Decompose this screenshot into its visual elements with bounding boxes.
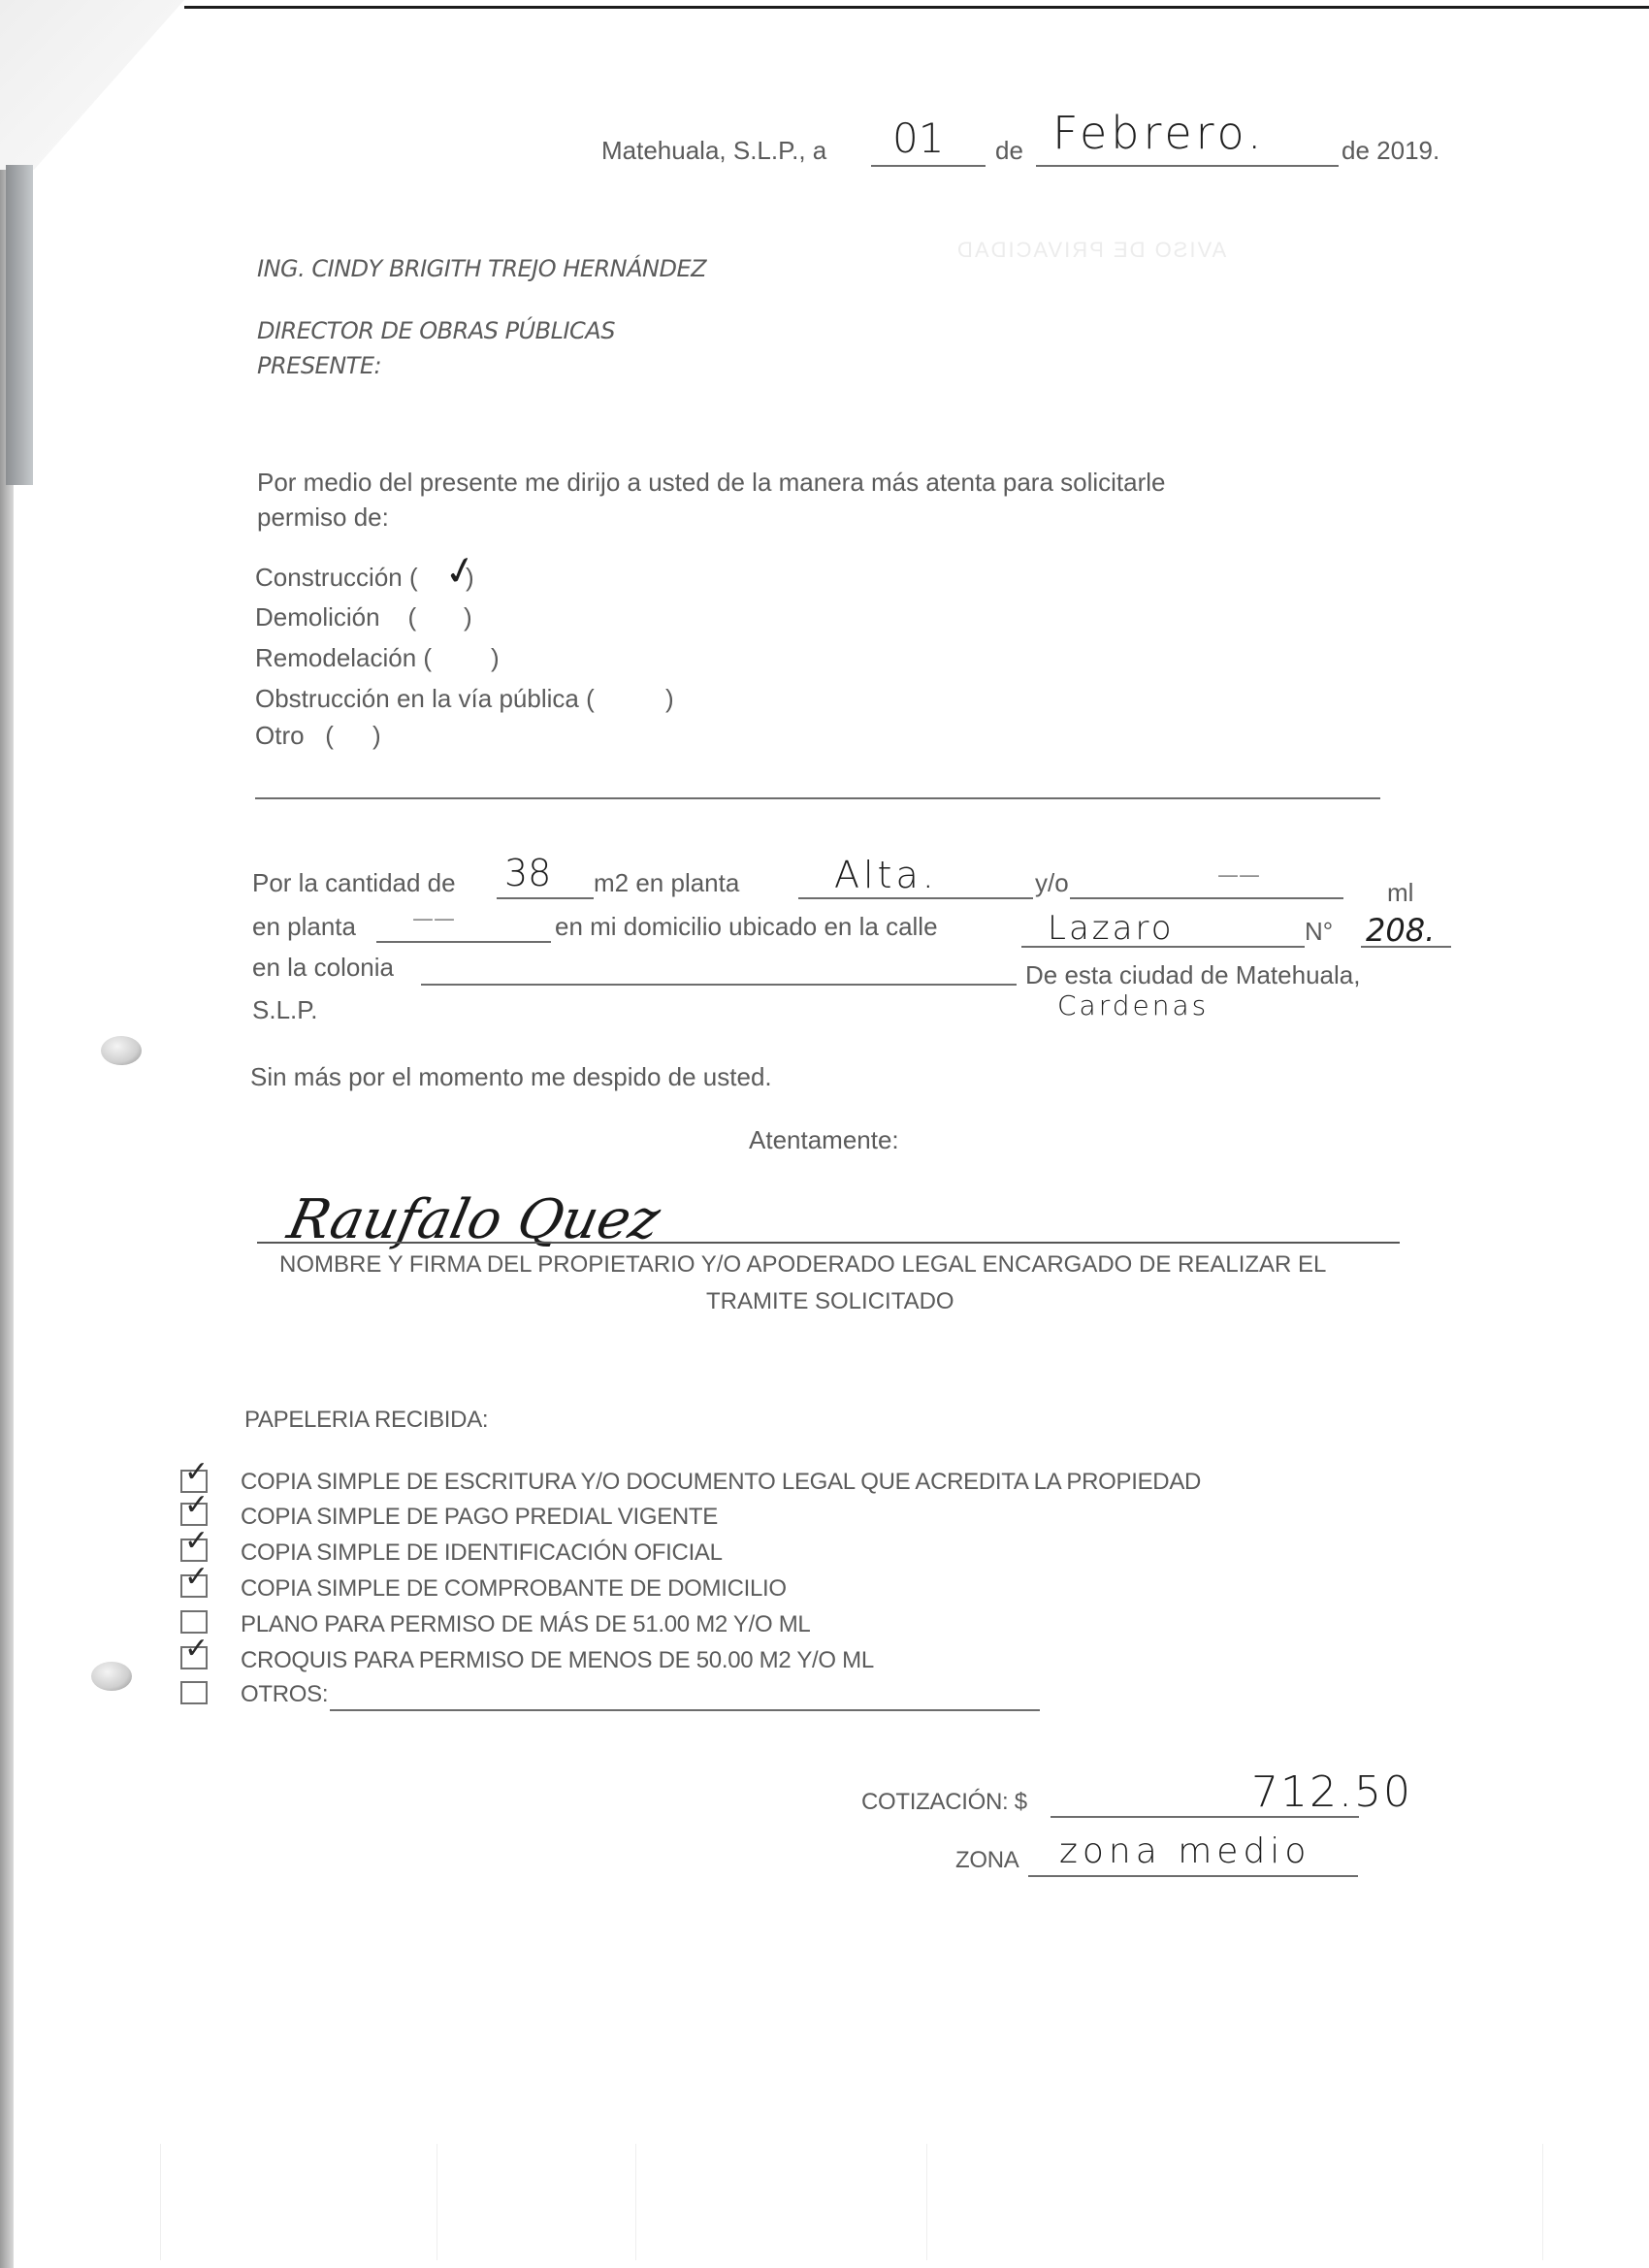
ml-label: ml bbox=[1387, 878, 1413, 908]
en-planta-field-line bbox=[376, 941, 551, 943]
otros-field-line[interactable] bbox=[330, 1709, 1040, 1711]
planta-field-line bbox=[798, 897, 1033, 899]
bleed-through-rule bbox=[436, 2144, 437, 2260]
checkbox[interactable] bbox=[180, 1610, 208, 1634]
state-label: S.L.P. bbox=[252, 995, 317, 1025]
binder-strip bbox=[6, 165, 33, 485]
ml-field-line bbox=[1070, 897, 1343, 899]
day-value[interactable]: 01 bbox=[892, 114, 944, 162]
bleed-through-title: AVISO DE PRIVACIDAD bbox=[955, 238, 1226, 263]
check-mark-icon: ✓ bbox=[184, 1527, 209, 1556]
otro-field-line[interactable] bbox=[255, 797, 1380, 799]
cotizacion-label: COTIZACIÓN: $ bbox=[861, 1789, 1027, 1816]
month-value[interactable]: Febrero. bbox=[1052, 107, 1266, 159]
city-prefix: Matehuala, S.L.P., a bbox=[601, 136, 826, 166]
number-label: N° bbox=[1305, 917, 1333, 947]
check-mark-icon: ✓ bbox=[440, 546, 481, 597]
city-label: De esta ciudad de Matehuala, bbox=[1025, 960, 1360, 990]
street-value[interactable]: Lazaro bbox=[1048, 909, 1175, 948]
check-mark-icon: ✓ bbox=[184, 1458, 209, 1487]
bleed-through-rule bbox=[1542, 2144, 1543, 2260]
check-mark-icon: ✓ bbox=[184, 1563, 209, 1592]
zona-field-line bbox=[1028, 1875, 1358, 1877]
qty-field-line bbox=[497, 897, 594, 899]
bleed-through-rule bbox=[926, 2144, 927, 2260]
addressee-presente: PRESENTE: bbox=[257, 352, 381, 379]
zona-value[interactable]: zona medio bbox=[1059, 1831, 1310, 1871]
colonia-field-line[interactable] bbox=[421, 984, 1017, 986]
colonia-label: en la colonia bbox=[252, 953, 394, 983]
de-label: de bbox=[995, 136, 1023, 166]
number-value[interactable]: 208. bbox=[1366, 912, 1435, 949]
en-planta-value[interactable]: —— bbox=[412, 907, 455, 931]
day-field-line bbox=[871, 165, 986, 167]
intro-line-1: Por medio del presente me dirijo a usted… bbox=[257, 468, 1166, 498]
zona-label: ZONA bbox=[955, 1847, 1018, 1874]
street-value-continued[interactable]: Cardenas bbox=[1057, 989, 1209, 1021]
intro-line-2: permiso de: bbox=[257, 502, 389, 533]
en-planta-label: en planta bbox=[252, 912, 356, 942]
cotizacion-value[interactable]: 712.50 bbox=[1251, 1767, 1412, 1817]
month-field-line bbox=[1036, 165, 1339, 167]
punch-hole bbox=[91, 1662, 132, 1691]
signature-caption-2: TRAMITE SOLICITADO bbox=[706, 1288, 954, 1315]
qty-label: Por la cantidad de bbox=[252, 868, 456, 898]
m2-label: m2 en planta bbox=[594, 868, 739, 898]
checkbox[interactable] bbox=[180, 1681, 208, 1704]
domicilio-label: en mi domicilio ubicado en la calle bbox=[555, 912, 938, 942]
atentamente-text: Atentamente: bbox=[749, 1125, 899, 1155]
signature-line bbox=[257, 1242, 1400, 1244]
farewell-text: Sin más por el momento me despido de ust… bbox=[250, 1062, 772, 1092]
yo-label: y/o bbox=[1035, 868, 1069, 898]
check-mark-icon: ✓ bbox=[184, 1635, 209, 1664]
ml-value[interactable]: —— bbox=[1217, 863, 1260, 888]
addressee-name: ING. CINDY BRIGITH TREJO HERNÁNDEZ bbox=[257, 255, 706, 282]
check-mark-icon: ✓ bbox=[184, 1491, 209, 1520]
bleed-through-rule bbox=[160, 2144, 161, 2260]
papeleria-title: PAPELERIA RECIBIDA: bbox=[244, 1407, 488, 1434]
year-suffix: de 2019. bbox=[1342, 136, 1439, 166]
qty-value[interactable]: 38 bbox=[504, 852, 551, 894]
signature-caption-1: NOMBRE Y FIRMA DEL PROPIETARIO Y/O APODE… bbox=[279, 1251, 1326, 1279]
planta-value[interactable]: Alta. bbox=[834, 854, 938, 896]
bleed-through-rule bbox=[635, 2144, 636, 2260]
scan-top-edge bbox=[184, 6, 1649, 9]
punch-hole bbox=[101, 1036, 142, 1065]
folded-corner bbox=[0, 0, 184, 170]
addressee-title: DIRECTOR DE OBRAS PÚBLICAS bbox=[257, 317, 615, 344]
